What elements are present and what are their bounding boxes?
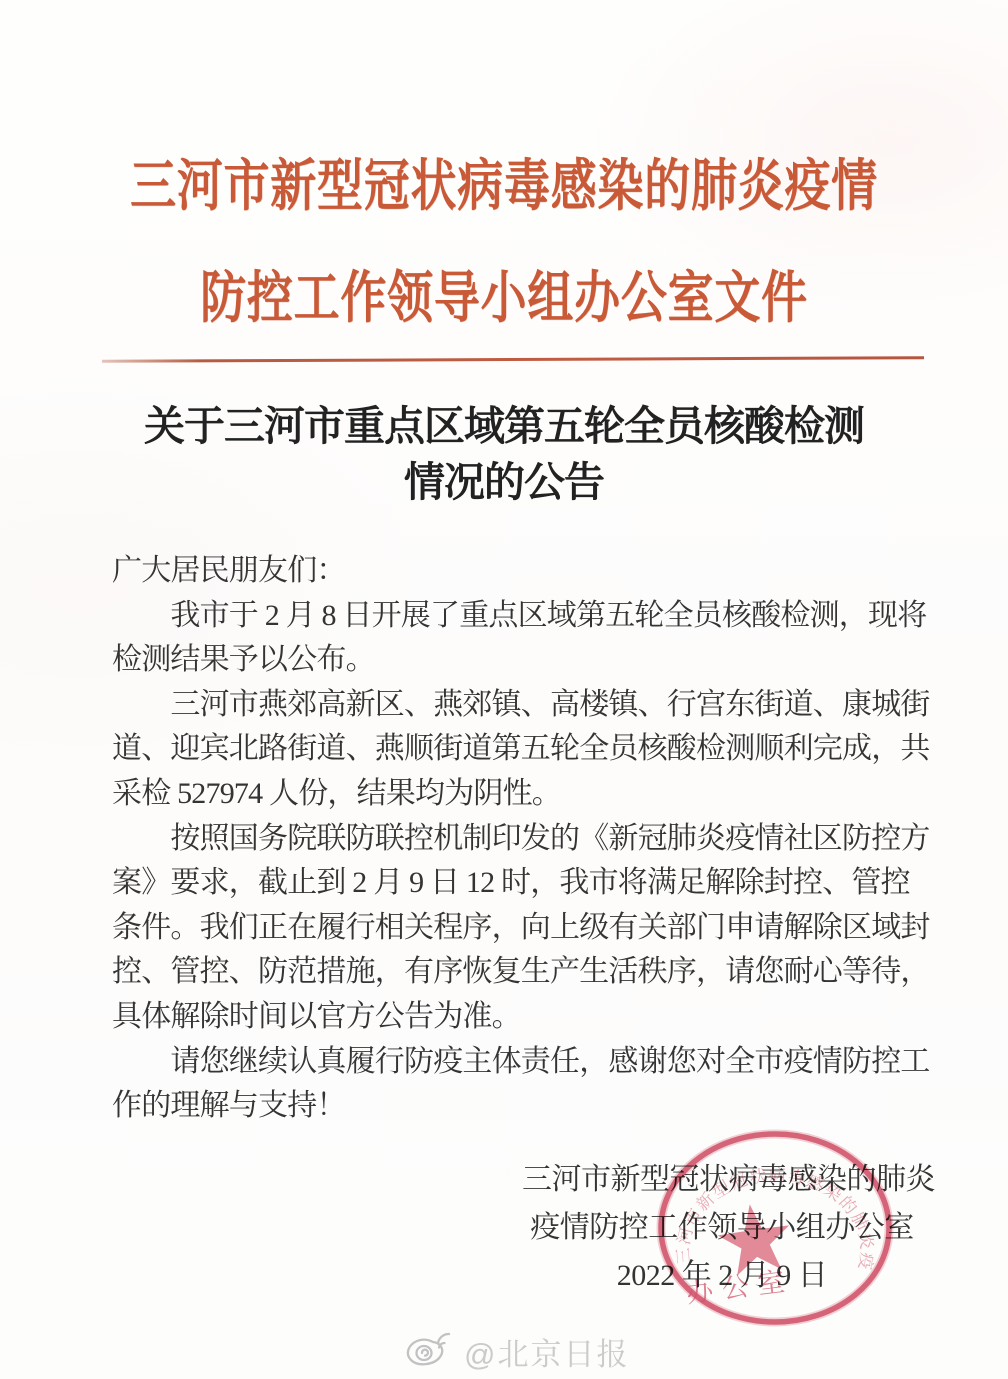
signature-line-2: 疫情防控工作领导小组办公室 xyxy=(522,1204,922,1252)
title-line-1: 关于三河市重点区域第五轮全员核酸检测 xyxy=(0,398,1008,454)
body-text: 广大居民朋友们： 我市于 2 月 8 日开展了重点区域第五轮全员核酸检测，现将检… xyxy=(112,549,934,1129)
body-line-4: 三河市燕郊高新区、燕郊镇、高楼镇、行宫东街道、康城街 xyxy=(112,683,934,728)
watermark-text: @北京日报 xyxy=(464,1329,629,1374)
body-line-8: 案》要求，截止到 2 月 9 日 12 时，我市将满足解除封控、管控 xyxy=(112,861,934,906)
letterhead-line-2: 防控工作领导小组办公室文件 xyxy=(91,270,918,326)
body-line-1: 广大居民朋友们： xyxy=(112,549,934,594)
title-line-2: 情况的公告 xyxy=(0,454,1008,510)
document-title: 关于三河市重点区域第五轮全员核酸检测情况的公告 xyxy=(0,398,1008,510)
body-line-9: 条件。我们正在履行相关程序，向上级有关部门申请解除区域封 xyxy=(112,906,934,951)
signature-line-3: 2022 年 2 月 9 日 xyxy=(522,1252,922,1300)
body-line-3: 检测结果予以公布。 xyxy=(112,638,934,683)
body-line-10: 控、管控、防范措施，有序恢复生产生活秩序，请您耐心等待， xyxy=(112,950,934,995)
signature-line-1: 三河市新型冠状病毒感染的肺炎 xyxy=(522,1156,922,1204)
signature-block: 三河市新型冠状病毒感染的肺炎疫情防控工作领导小组办公室2022 年 2 月 9 … xyxy=(522,1156,922,1300)
body-line-11: 具体解除时间以官方公告为准。 xyxy=(112,995,934,1040)
body-line-6: 采检 527974 人份，结果均为阴性。 xyxy=(112,772,934,817)
body-line-7: 按照国务院联防联控机制印发的《新冠肺炎疫情社区防控方 xyxy=(112,817,934,862)
scanned-document-page: 三河市新型冠状病毒感染的肺炎疫情防控工作领导小组办公室文件 关于三河市重点区域第… xyxy=(0,0,1008,1379)
letterhead: 三河市新型冠状病毒感染的肺炎疫情防控工作领导小组办公室文件 xyxy=(0,158,1008,382)
letterhead-line-1: 三河市新型冠状病毒感染的肺炎疫情 xyxy=(91,158,918,214)
body-line-12: 请您继续认真履行防疫主体责任，感谢您对全市疫情防控工 xyxy=(112,1040,934,1085)
body-line-5: 道、迎宾北路街道、燕顺街道第五轮全员核酸检测顺利完成，共 xyxy=(112,727,934,772)
weibo-icon xyxy=(402,1329,456,1373)
watermark: @北京日报 xyxy=(402,1328,629,1374)
body-line-2: 我市于 2 月 8 日开展了重点区域第五轮全员核酸检测，现将 xyxy=(112,594,934,639)
body-line-13: 作的理解与支持！ xyxy=(112,1084,934,1129)
